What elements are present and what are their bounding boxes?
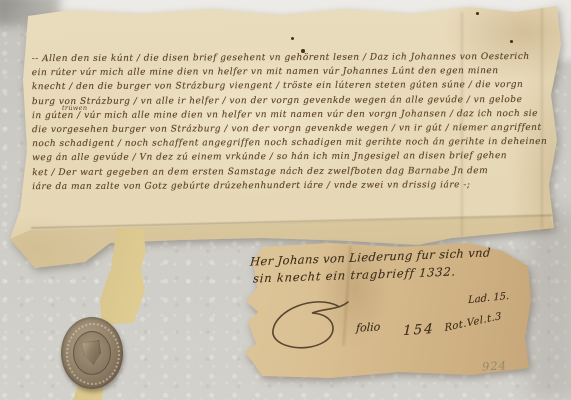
slip-folio-number: 154 bbox=[403, 321, 435, 339]
photograph-of-medieval-charter: -- Allen den sie kúnt / die disen brief … bbox=[0, 0, 571, 400]
slip-pencil-number: 924 bbox=[482, 358, 508, 373]
slip-flourish bbox=[268, 300, 352, 352]
slip-folio-label: folio bbox=[356, 320, 381, 334]
